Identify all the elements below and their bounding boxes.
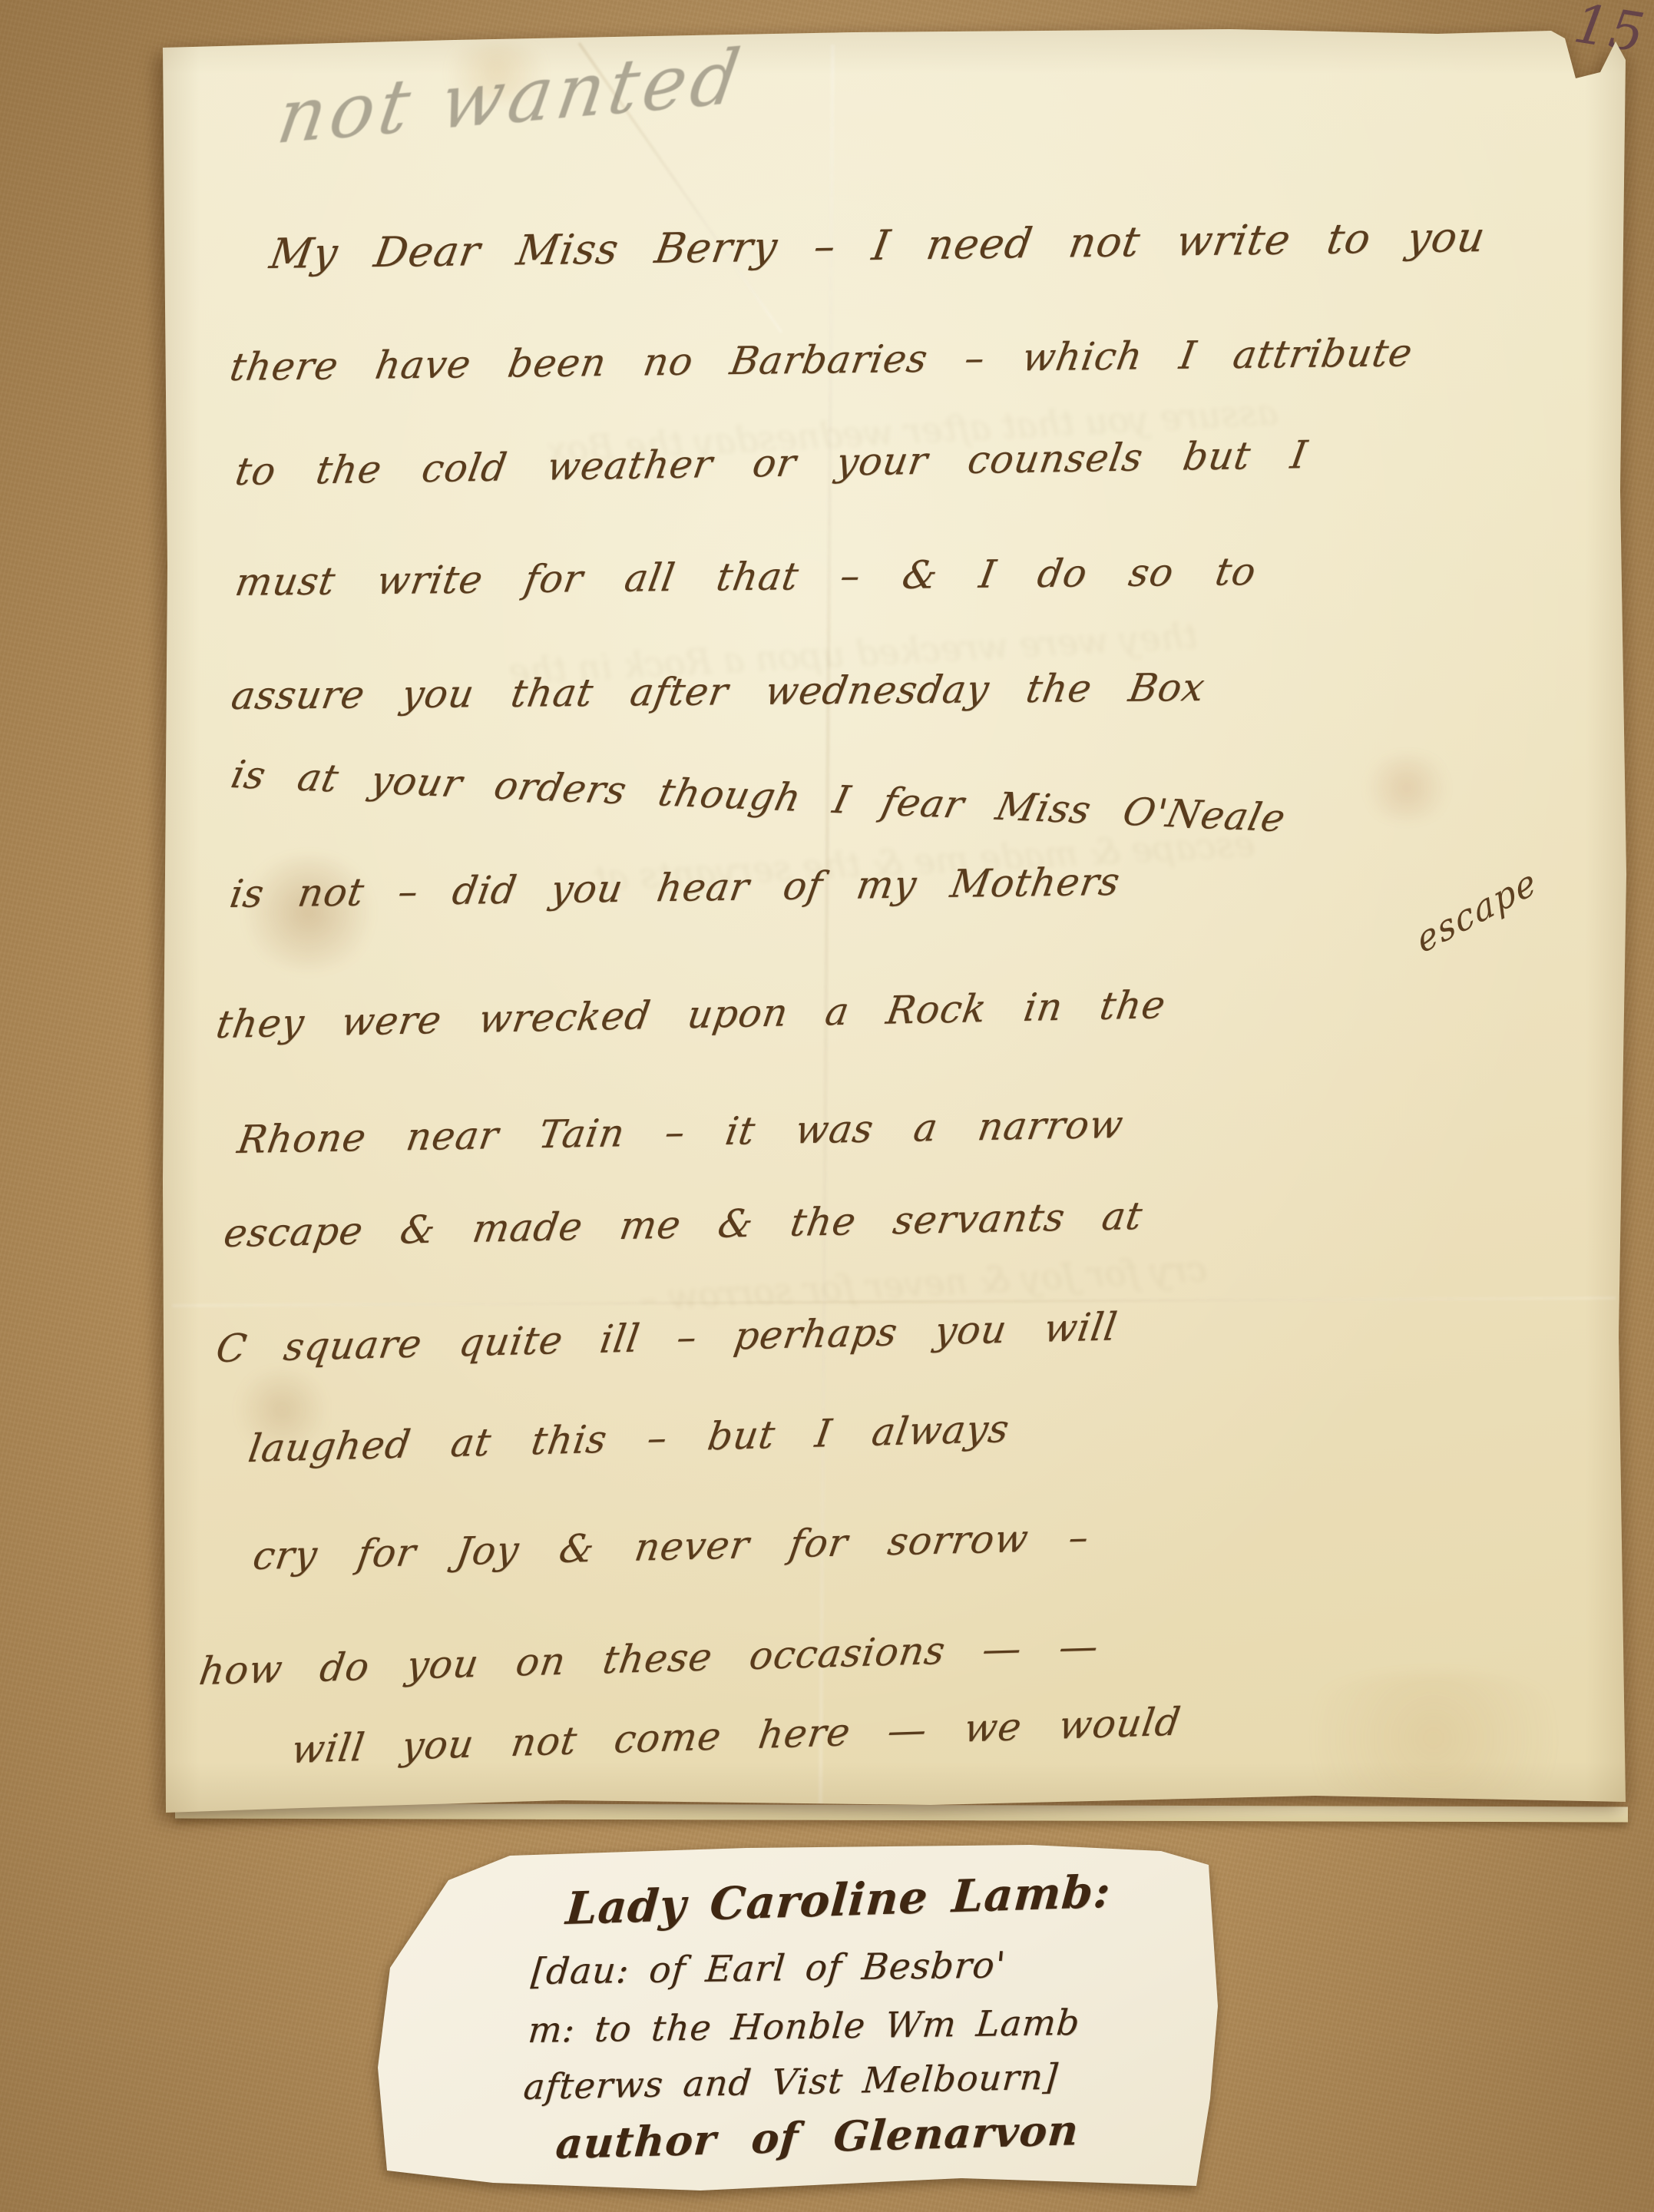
bleedthrough-text: cry for Joy & never for sorrow – bbox=[638, 1251, 1207, 1316]
letter-line: cry for Joy & never for sorrow – bbox=[250, 1515, 1093, 1578]
letter-body: My Dear Miss Berry – I need not write to… bbox=[163, 29, 1629, 1816]
letter-line: they were wrecked upon a Rock in the bbox=[213, 983, 1169, 1048]
letter-line: to the cold weather or your counsels but… bbox=[232, 433, 1310, 495]
horizontal-fold-crease bbox=[172, 1296, 1616, 1307]
letter-line: will you not come here — we would bbox=[289, 1700, 1184, 1772]
letter-paper: assure you that after wednesday the Box … bbox=[163, 29, 1629, 1816]
label-paper: Lady Caroline Lamb: [dau: of Earl of Bes… bbox=[378, 1845, 1222, 2192]
cataloguer-label: Lady Caroline Lamb: [dau: of Earl of Bes… bbox=[378, 1845, 1222, 2192]
letter-line: Rhone near Tain – it was a narrow bbox=[234, 1103, 1126, 1163]
label-line: author of Glenarvon bbox=[554, 2108, 1081, 2167]
stain bbox=[1357, 755, 1457, 820]
letter-line: C square quite ill – perhaps you will bbox=[213, 1305, 1120, 1371]
letter-line: is at your orders though I fear Miss O'N… bbox=[227, 753, 1290, 841]
album-page: 15 assure you that after wednesday the B… bbox=[0, 0, 1654, 2212]
letter-line: how do you on these occasions — — bbox=[197, 1624, 1102, 1694]
label-line: m: to the Honble Wm Lamb bbox=[527, 2003, 1082, 2050]
letter-line: laughed at this – but I always bbox=[246, 1407, 1013, 1472]
margin-overflow-word: escape bbox=[1413, 863, 1541, 959]
letter-sheet: assure you that after wednesday the Box … bbox=[163, 29, 1629, 1816]
bleedthrough-text: escape & made me & the servants at bbox=[592, 826, 1255, 896]
letter-line: there have been no Barbaries – which I a… bbox=[227, 331, 1416, 389]
pencil-inscription: not wanted bbox=[273, 39, 749, 155]
letter-line: escape & made me & the servants at bbox=[220, 1194, 1146, 1257]
stain bbox=[236, 855, 382, 970]
stain bbox=[1269, 1673, 1599, 1803]
diagonal-crease bbox=[577, 42, 782, 333]
label-line: afterws and Vist Melbourn] bbox=[522, 2058, 1060, 2107]
stain bbox=[432, 43, 562, 101]
bleedthrough-text: assure you that after wednesday the Box bbox=[546, 394, 1279, 468]
label-line: Lady Caroline Lamb: bbox=[564, 1868, 1113, 1934]
letter-line: is not – did you hear of my Mothers bbox=[227, 860, 1123, 917]
letter-line: must write for all that – & I do so to bbox=[232, 550, 1259, 605]
stain bbox=[230, 1369, 334, 1450]
bleedthrough-text: they were wrecked upon a Rock in the bbox=[508, 618, 1198, 690]
vertical-fold-crease bbox=[819, 45, 835, 1803]
label-line: [dau: of Earl of Besbro' bbox=[530, 1945, 1007, 1992]
letter-line: assure you that after wednesday the Box bbox=[228, 666, 1208, 719]
letter-line: My Dear Miss Berry – I need not write to… bbox=[266, 214, 1489, 278]
